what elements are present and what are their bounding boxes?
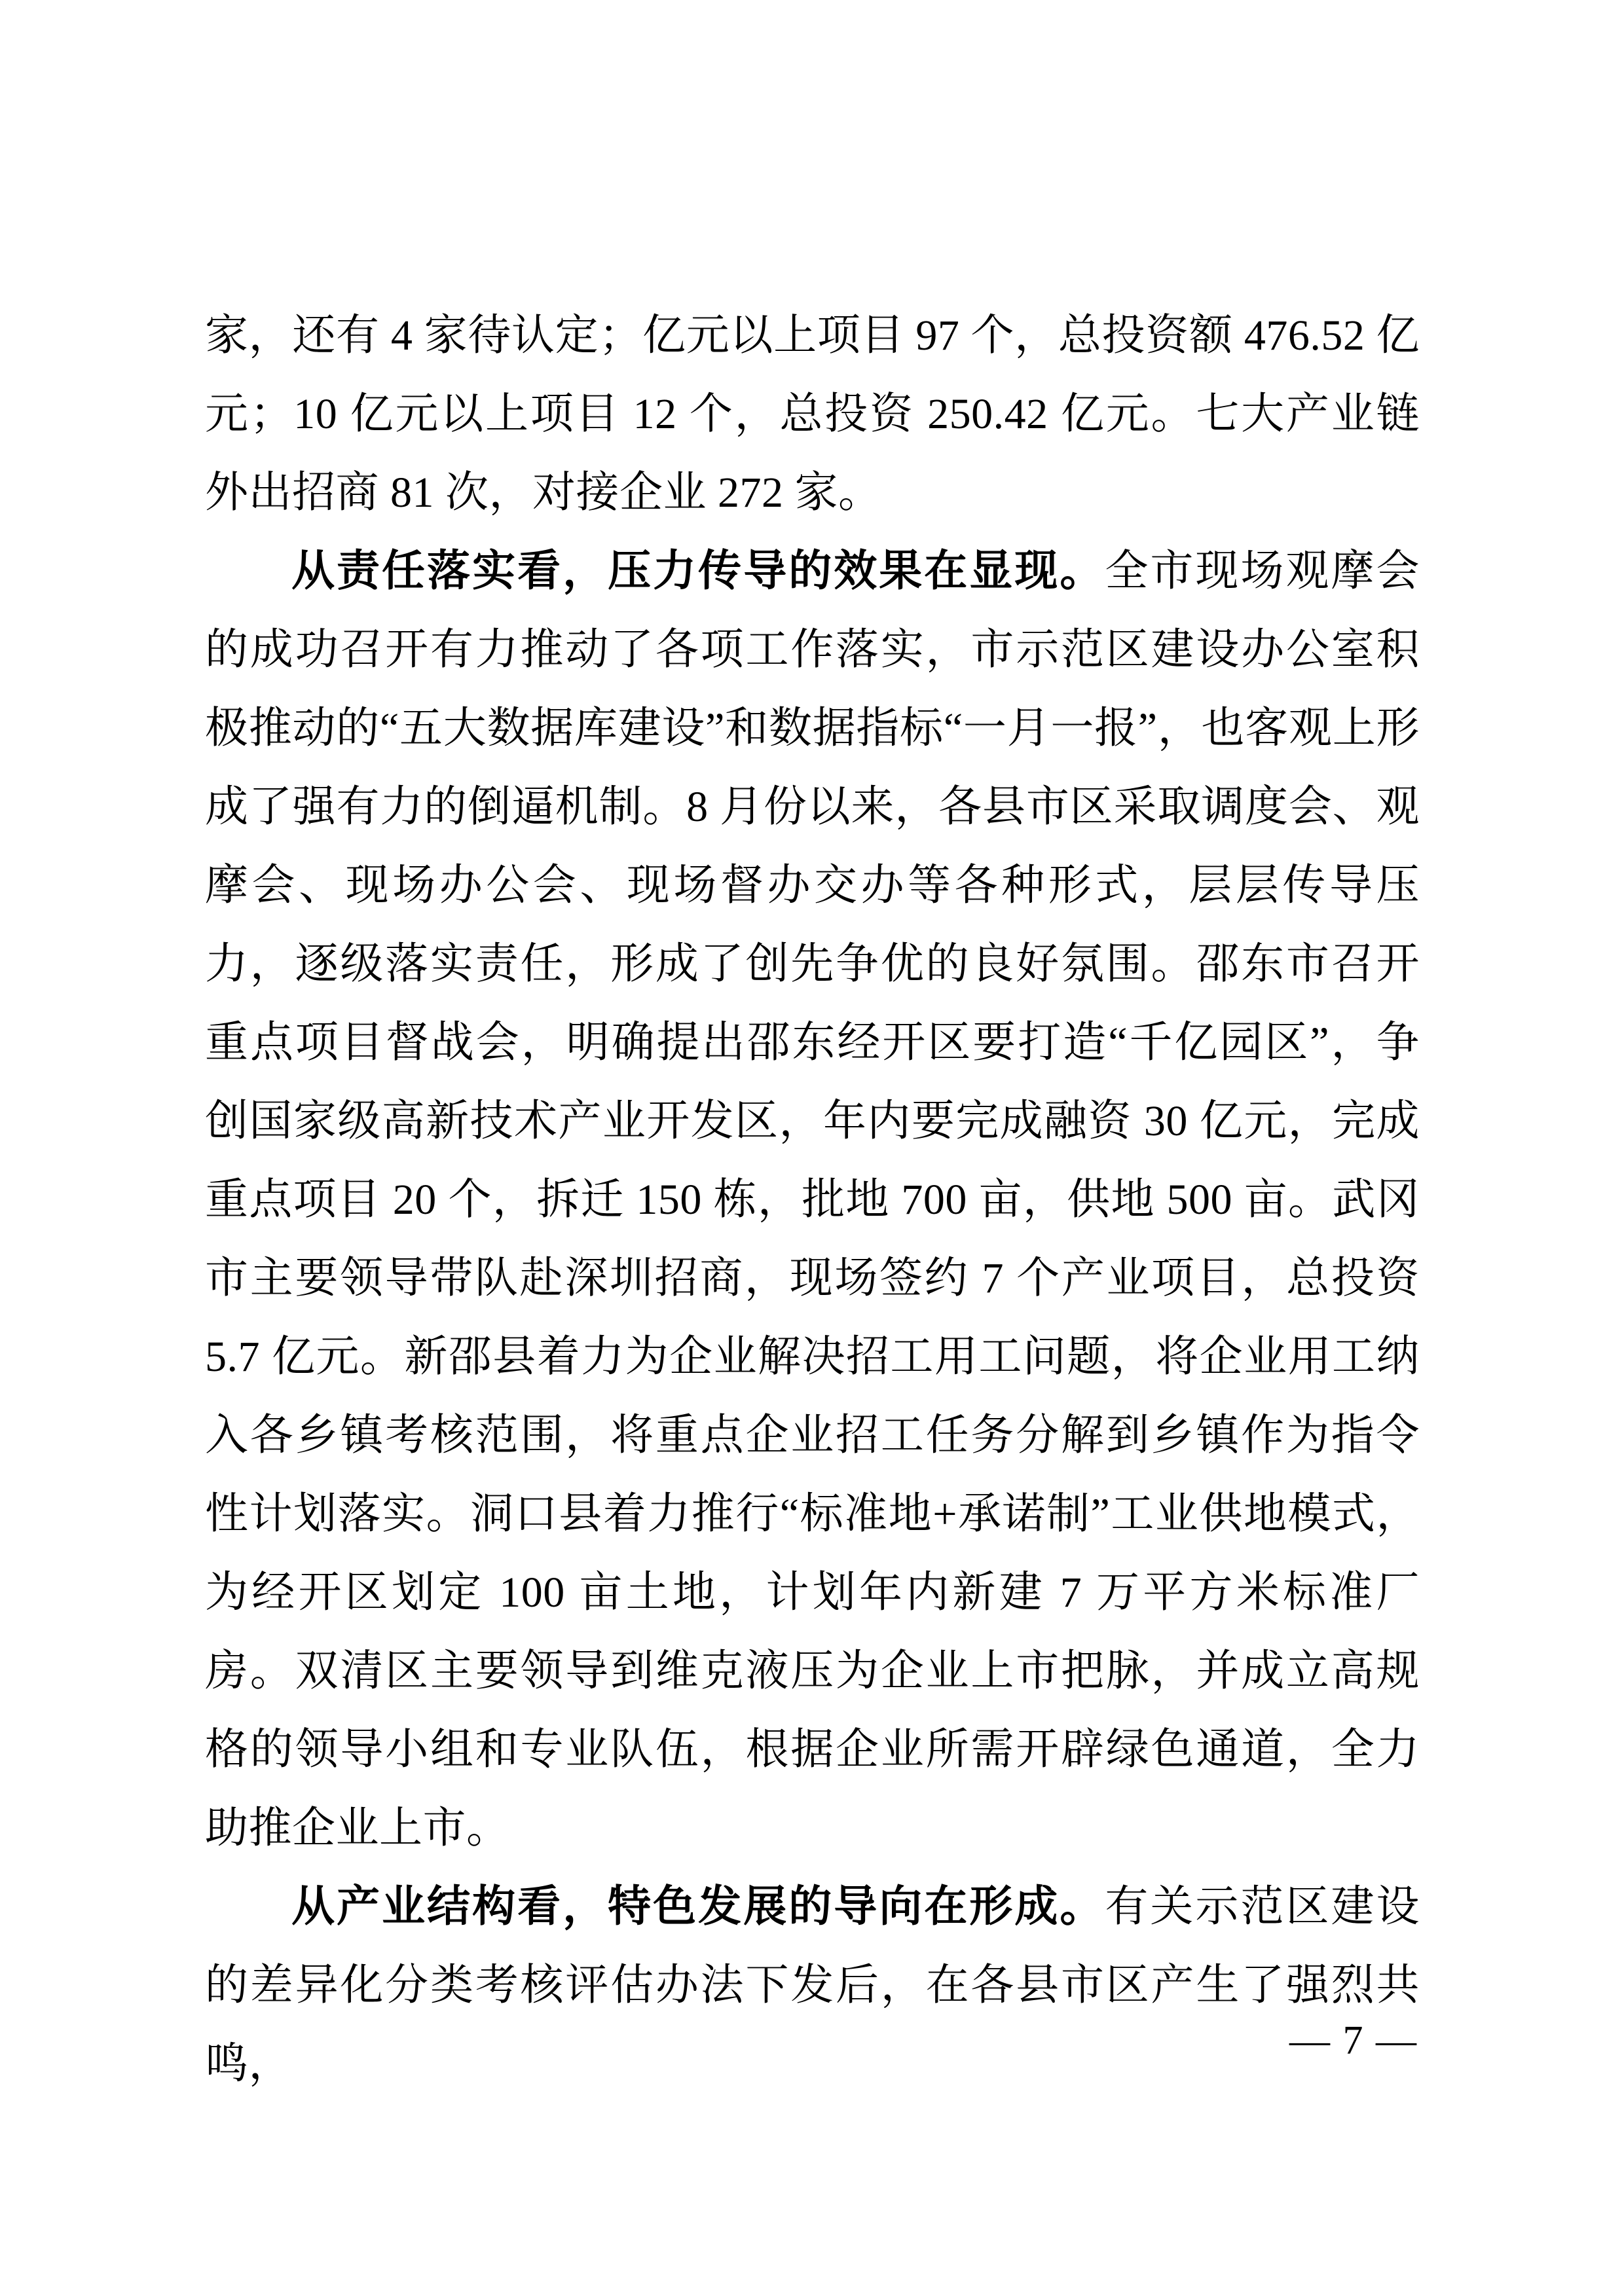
paragraph-text: 全市现场观摩会的成功召开有力推动了各项工作落实，市示范区建设办公室积极推动的“五…: [205, 547, 1420, 1852]
paragraph-lead-bold: 从责任落实看，压力传导的效果在显现。: [291, 547, 1105, 595]
page-number: — 7 —: [1289, 2018, 1418, 2064]
paragraph-responsibility: 从责任落实看，压力传导的效果在显现。全市现场观摩会的成功召开有力推动了各项工作落…: [205, 532, 1420, 1868]
document-page: 家，还有 4 家待认定；亿元以上项目 97 个，总投资额 476.52 亿元；1…: [0, 0, 1624, 2296]
paragraph-industry-structure: 从产业结构看，特色发展的导向在形成。有关示范区建设的差异化分类考核评估办法下发后…: [205, 1868, 1420, 2104]
document-body: 家，还有 4 家待认定；亿元以上项目 97 个，总投资额 476.52 亿元；1…: [205, 297, 1420, 2104]
paragraph-text: 家，还有 4 家待认定；亿元以上项目 97 个，总投资额 476.52 亿元；1…: [205, 312, 1420, 517]
paragraph-lead-bold: 从产业结构看，特色发展的导向在形成。: [291, 1883, 1105, 1931]
paragraph-continuation: 家，还有 4 家待认定；亿元以上项目 97 个，总投资额 476.52 亿元；1…: [205, 297, 1420, 532]
